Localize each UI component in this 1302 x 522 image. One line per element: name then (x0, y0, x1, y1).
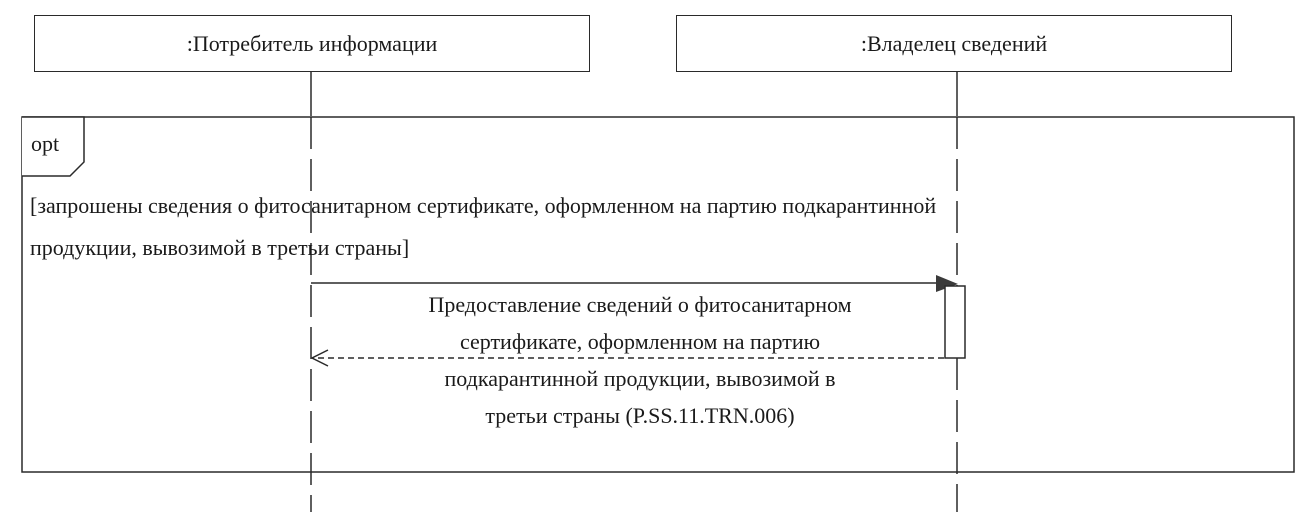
message-label-line: сертификате, оформленном на партию (340, 323, 940, 360)
fragment-operator-label: opt (31, 131, 59, 157)
message-label-line: подкарантинной продукции, вывозимой в (340, 360, 940, 397)
guard-line: [запрошены сведения о фитосанитарном сер… (30, 185, 1290, 227)
message-label: Предоставление сведений о фитосанитарном… (340, 286, 940, 434)
participant-consumer-label: :Потребитель информации (187, 31, 438, 57)
participant-consumer: :Потребитель информации (34, 15, 590, 72)
message-label-line: третьи страны (P.SS.11.TRN.006) (340, 397, 940, 434)
guard-line: продукции, вывозимой в третьи страны] (30, 227, 1290, 269)
message-label-line: Предоставление сведений о фитосанитарном (340, 286, 940, 323)
activation-bar-owner (945, 286, 965, 358)
participant-owner-label: :Владелец сведений (861, 31, 1047, 57)
fragment-guard: [запрошены сведения о фитосанитарном сер… (30, 185, 1290, 269)
participant-owner: :Владелец сведений (676, 15, 1232, 72)
